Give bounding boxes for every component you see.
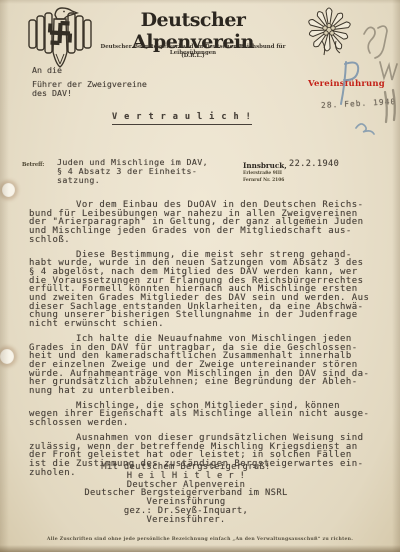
- punch-hole-bottom: [0, 349, 14, 364]
- handwritten-marks: [330, 18, 400, 144]
- pencil-initials-icon: [364, 26, 397, 80]
- pencil-strokes-icon: [385, 90, 395, 122]
- letter-date: 22.2.1940: [289, 159, 339, 169]
- place-city: Innsbruck,: [243, 161, 287, 170]
- punch-hole-top: [2, 183, 15, 197]
- paragraph-3: Ich halte die Neuaufnahme von Mischlinge…: [29, 335, 377, 396]
- letter-page: Deutscher Alpenverein Deutscher Bergstei…: [0, 0, 400, 552]
- paragraph-4: Mischlinge, die schon Mitglieder sind, k…: [29, 402, 377, 428]
- closing-block: Mit deutschem Bergsteigergruß! H e i l H…: [30, 463, 342, 525]
- recipient-address: An die Führer der Zweigvereine des DAV!: [32, 66, 147, 99]
- closing-title: Vereinsführer.: [30, 516, 342, 525]
- subject-text: Juden und Mischlinge im DAV, § 4 Absatz …: [57, 158, 208, 186]
- letter-body: Vor dem Einbau des DuOAV in den Deutsche…: [29, 201, 377, 483]
- letterhead-subtitle-abbr: (D.R.L.): [88, 53, 298, 59]
- sender-address: Erlerstraße 9III: [243, 171, 282, 176]
- paragraph-2: Diese Bestimmung, die meist sehr streng …: [29, 251, 377, 329]
- sender-phone: Fernruf Nr. 2106: [243, 178, 284, 183]
- footer-note: Alle Zuschriften sind ohne jede persönli…: [0, 537, 400, 542]
- blue-crayon-squiggle-icon: [356, 124, 374, 134]
- confidential-heading: V e r t r a u l i c h !: [112, 112, 252, 122]
- confidential-text: V e r t r a u l i c h !: [112, 112, 252, 125]
- drl-eagle-swastika-icon: [26, 6, 94, 70]
- subject-label: Betreff:: [22, 162, 44, 168]
- recipient-line-3: des DAV!: [32, 89, 147, 99]
- recipient-line-1: An die: [32, 66, 147, 76]
- blue-crayon-p-mark-icon: [341, 62, 358, 104]
- paragraph-1: Vor dem Einbau des DuOAV in den Deutsche…: [29, 201, 377, 245]
